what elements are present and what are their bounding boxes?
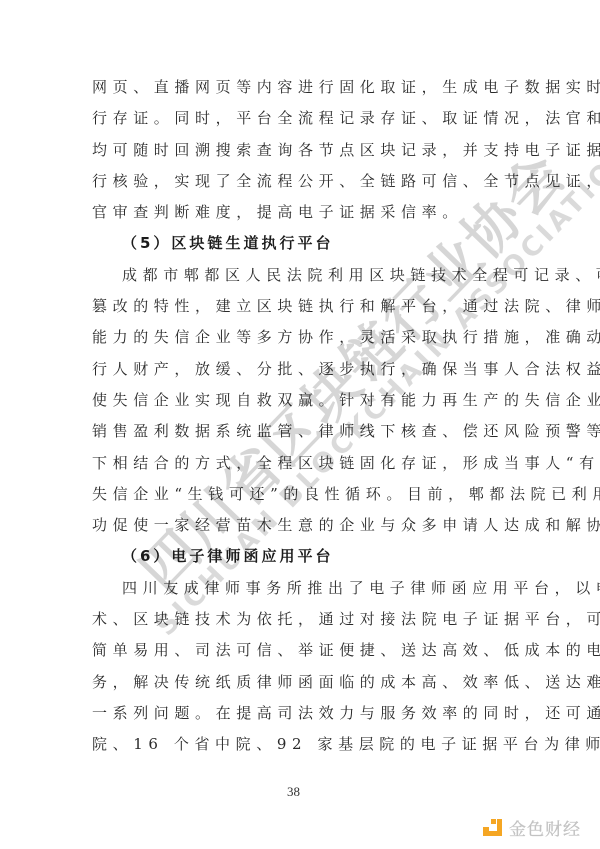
- body-line: 使失信企业实现自救双赢。针对有能力再生产的失信企业，通过企业: [92, 385, 510, 416]
- body-line: 成都市郫都区人民法院利用区块链技术全程可记录、可追溯、防: [92, 260, 510, 291]
- body-line: 简单易用、司法可信、举证便捷、送达高效、低成本的电子律师函服: [92, 635, 510, 666]
- body-line: 术、区块链技术为依托，通过对接法院电子证据平台，可为客户提供: [92, 604, 510, 635]
- body-line: 行存证。同时，平台全流程记录存证、取证情况，法官和案件当事人: [92, 103, 510, 134]
- body-line: 功促使一家经营苗木生意的企业与众多申请人达成和解协议。: [92, 510, 510, 541]
- body-line: 官审查判断难度，提高电子证据采信率。: [92, 197, 510, 228]
- body-line: 篡改的特性，建立区块链执行和解平台，通过法院、律师、有再生产: [92, 291, 510, 322]
- body-line: 四川友成律师事务所推出了电子律师函应用平台，以电子签名技: [92, 573, 510, 604]
- body-line: 均可随时回溯搜索查询各节点区块记录，并支持电子证据的真实性进: [92, 135, 510, 166]
- body-line: 一系列问题。在提高司法效力与服务效率的同时，还可通过 5 个省高: [92, 698, 510, 729]
- section-heading-5: （5）区块链生道执行平台: [92, 228, 510, 259]
- body-line: 下相结合的方式，全程区块链固化存证，形成当事人“有证可查”、: [92, 448, 510, 479]
- body-line: 行核验，实现了全流程公开、全链路可信、全节点见证，有效降低法: [92, 166, 510, 197]
- page-number: 38: [287, 784, 300, 800]
- section-heading-6: （6）电子律师函应用平台: [92, 541, 510, 572]
- document-body: 网页、直播网页等内容进行固化取证，生成电子数据实时上传平台进 行存证。同时，平台…: [92, 72, 510, 761]
- brand-logo: 金色财经: [483, 815, 581, 840]
- body-line: 院、16 个省中院、92 家基层院的电子证据平台为律师实现一键采信、: [92, 729, 510, 760]
- body-line: 务，解决传统纸质律师函面临的成本高、效率低、送达难、采信难等: [92, 667, 510, 698]
- body-line: 失信企业“生钱可还”的良性循环。目前，郫都法院已利用该系统成: [92, 479, 510, 510]
- jinse-logo-icon: [483, 819, 503, 837]
- body-line: 销售盈利数据系统监管、律师线下核查、偿还风险预警等多种线上线: [92, 416, 510, 447]
- body-line: 行人财产，放缓、分批、逐步执行，确保当事人合法权益不受侵犯，: [92, 354, 510, 385]
- body-line: 能力的失信企业等多方协作，灵活采取执行措施，准确动态管控被执: [92, 322, 510, 353]
- brand-name: 金色财经: [509, 815, 581, 840]
- body-line: 网页、直播网页等内容进行固化取证，生成电子数据实时上传平台进: [92, 72, 510, 103]
- document-page: 四川省区块链行业协会 SICHUAN BLOCKCHAIN ASSOCIATIO…: [0, 0, 600, 849]
